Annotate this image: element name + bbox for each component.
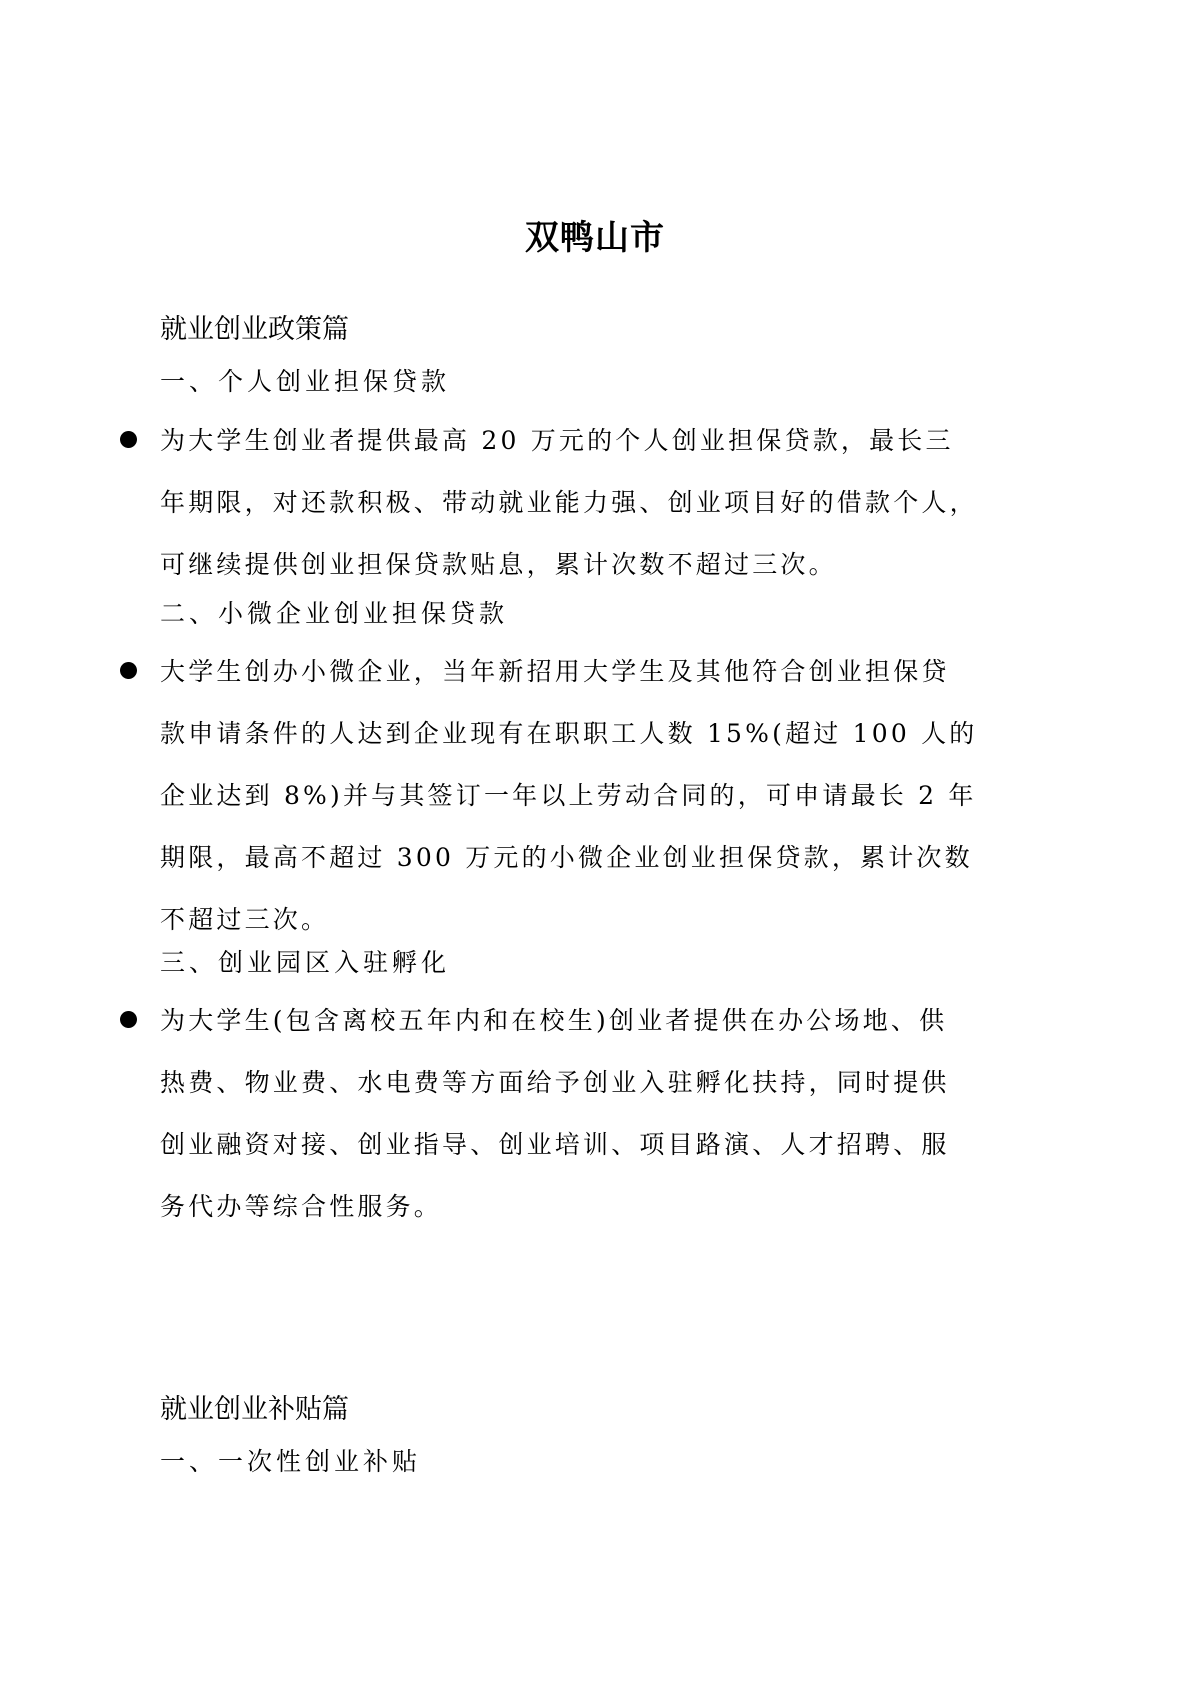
subheading-micro-enterprise-loan: 二、小微企业创业担保贷款 <box>160 597 508 631</box>
text-line: 年期限，对还款积极、带动就业能力强、创业项目好的借款个人， <box>160 472 1050 534</box>
text-line: 创业融资对接、创业指导、创业培训、项目路演、人才招聘、服 <box>160 1114 1050 1176</box>
bullet-text: 为大学生创业者提供最高 20 万元的个人创业担保贷款，最长三 年期限，对还款积极… <box>160 410 1050 596</box>
text-line: 款申请条件的人达到企业现有在职职工人数 15%(超过 100 人的 <box>160 703 1050 765</box>
text-line: 大学生创办小微企业，当年新招用大学生及其他符合创业担保贷 <box>160 641 1050 703</box>
subheading-one-time-subsidy: 一、一次性创业补贴 <box>160 1445 421 1479</box>
subheading-incubation: 三、创业园区入驻孵化 <box>160 946 450 980</box>
bullet-dot-icon <box>120 1011 137 1028</box>
bullet-text: 为大学生(包含离校五年内和在校生)创业者提供在办公场地、供 热费、物业费、水电费… <box>160 990 1050 1238</box>
subheading-personal-loan: 一、个人创业担保贷款 <box>160 365 450 399</box>
document-page: 双鸭山市 就业创业政策篇 一、个人创业担保贷款 为大学生创业者提供最高 20 万… <box>0 0 1190 1683</box>
text-line: 热费、物业费、水电费等方面给予创业入驻孵化扶持，同时提供 <box>160 1052 1050 1114</box>
text-line: 为大学生(包含离校五年内和在校生)创业者提供在办公场地、供 <box>160 990 1050 1052</box>
section-heading-policy: 就业创业政策篇 <box>160 313 349 347</box>
section-heading-subsidy: 就业创业补贴篇 <box>160 1393 349 1427</box>
page-title: 双鸭山市 <box>0 218 1190 258</box>
text-line: 务代办等综合性服务。 <box>160 1176 1050 1238</box>
text-line: 为大学生创业者提供最高 20 万元的个人创业担保贷款，最长三 <box>160 410 1050 472</box>
text-line: 不超过三次。 <box>160 889 1050 951</box>
bullet-dot-icon <box>120 662 137 679</box>
text-line: 企业达到 8%)并与其签订一年以上劳动合同的，可申请最长 2 年 <box>160 765 1050 827</box>
text-line: 期限，最高不超过 300 万元的小微企业创业担保贷款，累计次数 <box>160 827 1050 889</box>
text-line: 可继续提供创业担保贷款贴息，累计次数不超过三次。 <box>160 534 1050 596</box>
bullet-text: 大学生创办小微企业，当年新招用大学生及其他符合创业担保贷 款申请条件的人达到企业… <box>160 641 1050 951</box>
bullet-dot-icon <box>120 431 137 448</box>
